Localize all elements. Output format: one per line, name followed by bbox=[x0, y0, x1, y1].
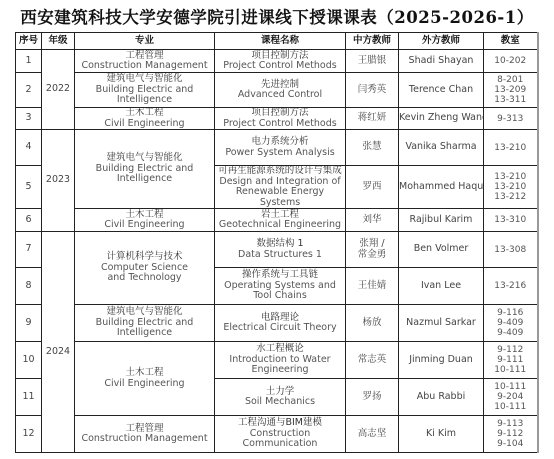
room: 10-111 bbox=[484, 402, 537, 412]
cn-teacher-cell: 王佳婧 bbox=[346, 268, 399, 305]
major-cell: 工程管理 Construction Management bbox=[75, 50, 215, 73]
room: 13-216 bbox=[484, 281, 537, 291]
foreign-teacher-cell: Ki Kim bbox=[399, 416, 484, 453]
cn-teacher-cell: 高志坚 bbox=[346, 416, 399, 453]
row-no: 3 bbox=[16, 108, 42, 130]
table-row: 12 工程管理 Construction Management 工程沟通与BIM… bbox=[16, 416, 538, 453]
course-en: Geotechnical Engineering bbox=[215, 220, 345, 231]
table-row: 7 2024 计算机科学与技术 Computer Science and Tec… bbox=[16, 232, 538, 268]
room-cell: 13-210 bbox=[484, 130, 538, 166]
header-foreign-teacher: 外方教师 bbox=[399, 33, 484, 50]
table-row: 4 2023 建筑电气与智能化 Building Electric and In… bbox=[16, 130, 538, 166]
room: 13-311 bbox=[484, 95, 537, 105]
room: 9-104 bbox=[484, 439, 537, 449]
major-cell: 土木工程 Civil Engineering bbox=[75, 108, 215, 130]
major-en: Construction Management bbox=[75, 434, 214, 445]
major-en: Building Electric and Intelligence bbox=[75, 318, 214, 339]
major-en: Building Electric and Intelligence bbox=[75, 85, 214, 106]
room: 9-409 bbox=[484, 318, 537, 328]
page-title: 西安建筑科技大学安德学院引进课线下授课课表（2025-2026-1） bbox=[0, 4, 554, 28]
header-room: 教室 bbox=[484, 33, 538, 50]
room: 9-112 bbox=[484, 429, 537, 439]
foreign-teacher-cell: Jinming Duan bbox=[399, 342, 484, 379]
row-no: 1 bbox=[16, 50, 42, 73]
room: 9-116 bbox=[484, 308, 537, 318]
foreign-teacher-cell: Ivan Lee bbox=[399, 268, 484, 305]
room: 13-209 bbox=[484, 85, 537, 95]
row-no: 5 bbox=[16, 166, 42, 209]
course-cell: 数据结构 1 Data Structures 1 bbox=[215, 232, 346, 268]
row-no: 11 bbox=[16, 379, 42, 416]
grade-label: 2024 bbox=[46, 347, 70, 358]
room-cell: 13-308 bbox=[484, 232, 538, 268]
room-cell: 10-202 bbox=[484, 50, 538, 73]
course-zh: 项目控制方法 bbox=[215, 108, 345, 119]
foreign-teacher-cell: Ben Volmer bbox=[399, 232, 484, 268]
course-cell: 水工程概论 Introduction to Water Engineering bbox=[215, 342, 346, 379]
room: 10-202 bbox=[484, 56, 537, 66]
header-cn-teacher: 中方教师 bbox=[346, 33, 399, 50]
room-cell: 13-210 13-210 13-212 bbox=[484, 166, 538, 209]
room: 13-210 bbox=[484, 143, 537, 153]
course-en: Project Control Methods bbox=[215, 119, 345, 130]
course-en: Construction Communication bbox=[215, 429, 345, 450]
cn-teacher-cell: 闫秀英 bbox=[346, 73, 399, 108]
foreign-teacher-cell: Kevin Zheng Wang bbox=[399, 108, 484, 130]
major-cell: 计算机科学与技术 Computer Science and Technology bbox=[75, 232, 215, 305]
header-row: 序号 年级 专业 课程名称 中方教师 外方教师 教室 bbox=[16, 33, 538, 50]
course-en: Operating Systems and Tool Chains bbox=[215, 281, 345, 302]
cn-teacher-cell: 罗扬 bbox=[346, 379, 399, 416]
major-cell: 建筑电气与智能化 Building Electric and Intellige… bbox=[75, 73, 215, 108]
table-row: 3 土木工程 Civil Engineering 项目控制方法 Project … bbox=[16, 108, 538, 130]
room: 9-409 bbox=[484, 328, 537, 338]
major-en: Construction Management bbox=[75, 61, 214, 72]
room-cell: 9-113 9-112 9-104 bbox=[484, 416, 538, 453]
foreign-teacher-cell: Abu Rabbi bbox=[399, 379, 484, 416]
course-en: Introduction to Water Engineering bbox=[215, 355, 345, 376]
major-en: Civil Engineering bbox=[75, 220, 214, 231]
room: 13-310 bbox=[484, 215, 537, 225]
row-no: 6 bbox=[16, 209, 42, 232]
cn-teacher-cell: 王腊银 bbox=[346, 50, 399, 73]
row-no: 10 bbox=[16, 342, 42, 379]
room: 13-210 bbox=[484, 182, 537, 192]
room-cell: 9-313 bbox=[484, 108, 538, 130]
row-no: 9 bbox=[16, 305, 42, 342]
course-en: Data Structures 1 bbox=[215, 250, 345, 261]
table-row: 1 2022 工程管理 Construction Management 项目控制… bbox=[16, 50, 538, 73]
room: 13-308 bbox=[484, 245, 537, 255]
course-en: Design and Integration of Renewable Ener… bbox=[215, 177, 345, 209]
room: 13-210 bbox=[484, 172, 537, 182]
course-en: Soil Mechanics bbox=[215, 397, 345, 408]
room: 10-111 bbox=[484, 382, 537, 392]
course-cell: 操作系统与工具链 Operating Systems and Tool Chai… bbox=[215, 268, 346, 305]
course-en: Electrical Circuit Theory bbox=[215, 323, 345, 334]
course-cell: 电路理论 Electrical Circuit Theory bbox=[215, 305, 346, 342]
cn-teacher-cell: 罗西 bbox=[346, 166, 399, 209]
foreign-teacher-cell: Terence Chan bbox=[399, 73, 484, 108]
room-cell: 10-111 9-204 10-111 bbox=[484, 379, 538, 416]
row-no: 8 bbox=[16, 268, 42, 305]
major-cell: 土木工程 Civil Engineering bbox=[75, 342, 215, 416]
room: 8-201 bbox=[484, 75, 537, 85]
course-cell: 可再生能源系统的设计与集成 Design and Integration of … bbox=[215, 166, 346, 209]
room: 9-313 bbox=[484, 114, 537, 124]
room: 13-212 bbox=[484, 192, 537, 202]
table-row: 9 建筑电气与智能化 Building Electric and Intelli… bbox=[16, 305, 538, 342]
major-en: Civil Engineering bbox=[75, 379, 214, 390]
course-zh: 数据结构 1 bbox=[215, 239, 345, 250]
grade-cell: 2024 bbox=[42, 232, 75, 453]
course-cell: 工程沟通与BIM建模 Construction Communication bbox=[215, 416, 346, 453]
grade-cell: 2022 bbox=[42, 50, 75, 130]
cn-teacher-cell: 张慧 bbox=[346, 130, 399, 166]
foreign-teacher-cell: Vanika Sharma bbox=[399, 130, 484, 166]
table-row: 2 建筑电气与智能化 Building Electric and Intelli… bbox=[16, 73, 538, 108]
major-en: Civil Engineering bbox=[75, 119, 214, 130]
schedule-table: 序号 年级 专业 课程名称 中方教师 外方教师 教室 1 2022 工程管理 C… bbox=[15, 32, 539, 453]
room: 9-112 bbox=[484, 345, 537, 355]
major-en: Computer Science and Technology bbox=[75, 263, 214, 284]
course-zh: 可再生能源系统的设计与集成 bbox=[215, 166, 345, 177]
header-major: 专业 bbox=[75, 33, 215, 50]
major-en: Building Electric and Intelligence bbox=[75, 164, 214, 185]
course-cell: 土力学 Soil Mechanics bbox=[215, 379, 346, 416]
room-cell: 8-201 13-209 13-311 bbox=[484, 73, 538, 108]
header-grade: 年级 bbox=[42, 33, 75, 50]
grade-cell: 2023 bbox=[42, 130, 75, 232]
course-en: Power System Analysis bbox=[215, 148, 345, 159]
cn-teacher-cell: 刘华 bbox=[346, 209, 399, 232]
foreign-teacher-cell: Mohammed Haque bbox=[399, 166, 484, 209]
major-cell: 建筑电气与智能化 Building Electric and Intellige… bbox=[75, 305, 215, 342]
room-cell: 9-116 9-409 9-409 bbox=[484, 305, 538, 342]
row-no: 7 bbox=[16, 232, 42, 268]
course-zh: 电力系统分析 bbox=[215, 137, 345, 148]
room: 10-111 bbox=[484, 365, 537, 375]
cn-teacher-cell: 张翔 / 常金勇 bbox=[346, 232, 399, 268]
header-no: 序号 bbox=[16, 33, 42, 50]
room-cell: 13-216 bbox=[484, 268, 538, 305]
course-cell: 项目控制方法 Project Control Methods bbox=[215, 50, 346, 73]
room: 9-113 bbox=[484, 419, 537, 429]
course-cell: 先进控制 Advanced Control bbox=[215, 73, 346, 108]
room-cell: 9-112 9-111 10-111 bbox=[484, 342, 538, 379]
foreign-teacher-cell: Shadi Shayan bbox=[399, 50, 484, 73]
foreign-teacher-cell: Rajibul Karim bbox=[399, 209, 484, 232]
room: 9-204 bbox=[484, 392, 537, 402]
major-zh: 土木工程 bbox=[75, 108, 214, 119]
course-en: Advanced Control bbox=[215, 90, 345, 101]
foreign-teacher-cell: Nazmul Sarkar bbox=[399, 305, 484, 342]
table-row: 6 土木工程 Civil Engineering 岩土工程 Geotechnic… bbox=[16, 209, 538, 232]
cn-teacher-cell: 杨放 bbox=[346, 305, 399, 342]
row-no: 2 bbox=[16, 73, 42, 108]
room: 9-111 bbox=[484, 355, 537, 365]
row-no: 12 bbox=[16, 416, 42, 453]
header-course: 课程名称 bbox=[215, 33, 346, 50]
course-en: Project Control Methods bbox=[215, 61, 345, 72]
table-row: 10 土木工程 Civil Engineering 水工程概论 Introduc… bbox=[16, 342, 538, 379]
cn-teacher-cell: 常志英 bbox=[346, 342, 399, 379]
row-no: 4 bbox=[16, 130, 42, 166]
cn-teacher-cell: 蒋红妍 bbox=[346, 108, 399, 130]
major-cell: 建筑电气与智能化 Building Electric and Intellige… bbox=[75, 130, 215, 209]
major-cell: 工程管理 Construction Management bbox=[75, 416, 215, 453]
course-cell: 项目控制方法 Project Control Methods bbox=[215, 108, 346, 130]
course-cell: 电力系统分析 Power System Analysis bbox=[215, 130, 346, 166]
major-zh: 土木工程 bbox=[75, 368, 214, 379]
course-cell: 岩土工程 Geotechnical Engineering bbox=[215, 209, 346, 232]
room-cell: 13-310 bbox=[484, 209, 538, 232]
major-cell: 土木工程 Civil Engineering bbox=[75, 209, 215, 232]
